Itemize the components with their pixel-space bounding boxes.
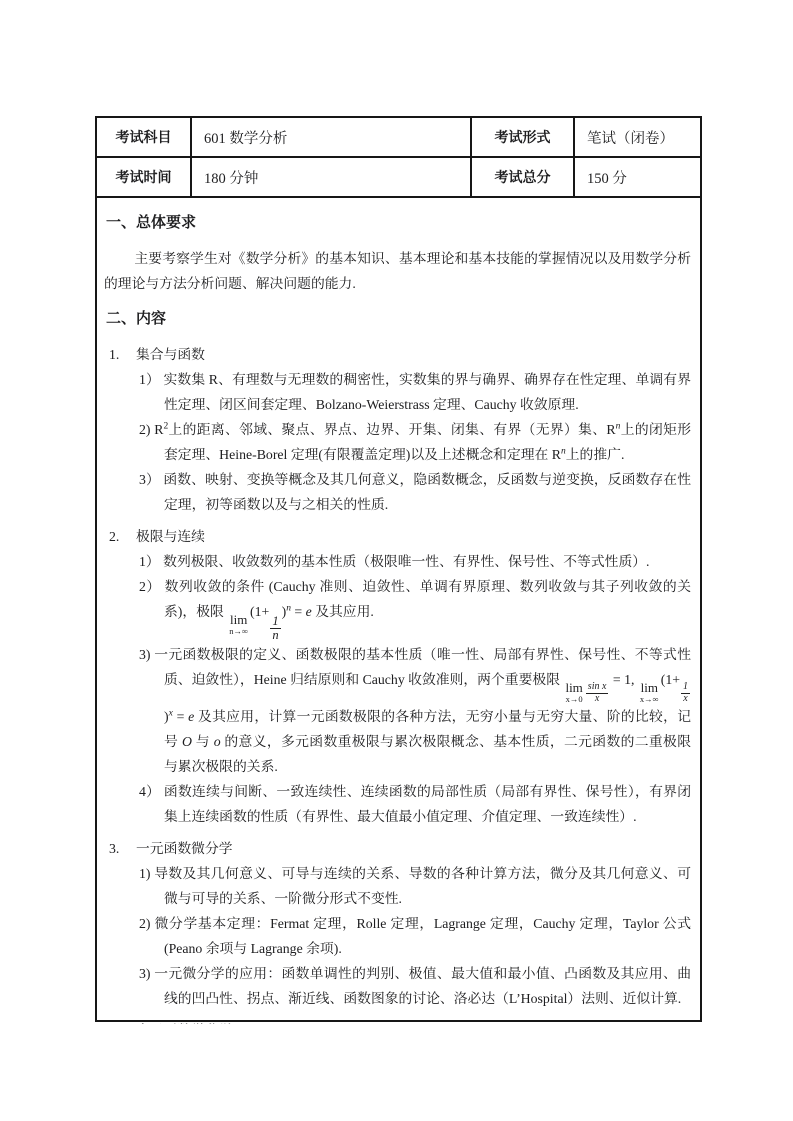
syllabus-item: 3) 一元微分学的应用：函数单调性的判别、极值、最大值和最小值、凸函数及其应用、… xyxy=(104,961,691,1011)
text-segment: 3） 函数、映射、变换等概念及其几何意义，隐函数概念，反函数与逆变换，反函数存在… xyxy=(139,472,691,512)
topic-title: 一元函数微分学 xyxy=(136,841,233,856)
text-segment: 的意义，多元函数重极限与累次极限概念、基本性质，二元函数的二重极限与累次极限的关… xyxy=(164,734,691,774)
text-segment: = 1, xyxy=(609,672,638,687)
topic-list: 1.集合与函数1） 实数集 R、有理数与无理数的稠密性，实数集的界与确界、确界存… xyxy=(104,342,691,1024)
fraction: 1x xyxy=(681,682,690,704)
topic: 2.极限与连续1） 数列极限、收敛数列的基本性质（极限唯一性、有界性、保号性、不… xyxy=(104,524,691,829)
fraction-numerator: 1 xyxy=(270,615,280,629)
lim-word: lim xyxy=(641,681,658,694)
topic: 4.多元函数微分学1） 偏导数、全微分及其几何意义，可微与偏导存在、连续之间的关… xyxy=(104,1018,691,1024)
text-segment: 1） 实数集 R、有理数与无理数的稠密性，实数集的界与确界、确界存在性定理、单调… xyxy=(139,372,691,412)
topic-title: 集合与函数 xyxy=(136,347,205,362)
text-segment: 2） 数列收敛的条件 (Cauchy 准则、迫敛性、单调有界原理、数列收敛与其子… xyxy=(139,579,691,619)
text-segment: 1） 数列极限、收敛数列的基本性质（极限唯一性、有界性、保号性、不等式性质）. xyxy=(139,554,649,569)
limit-operator: limx→∞ xyxy=(640,681,659,704)
syllabus-item: 2) R2上的距离、邻域、聚点、界点、边界、开集、闭集、有界（无界）集、Rn上的… xyxy=(104,417,691,467)
topic-number: 4. xyxy=(109,1018,136,1024)
topic-heading: 1.集合与函数 xyxy=(104,342,691,367)
syllabus-item: 3) 一元函数极限的定义、函数极限的基本性质（唯一性、局部有界性、保号性、不等式… xyxy=(104,642,691,779)
syllabus-body: 一、总体要求 主要考察学生对《数学分析》的基本知识、基本理论和基本技能的掌握情况… xyxy=(97,198,700,1024)
exam-subject-label: 考试科目 xyxy=(97,118,192,156)
topic-title: 极限与连续 xyxy=(136,529,205,544)
fraction: sin xx xyxy=(586,682,609,704)
topic-title: 多元函数微分学 xyxy=(136,1023,233,1024)
lim-subscript: x→∞ xyxy=(640,695,659,704)
fraction-denominator: x xyxy=(683,694,687,705)
exam-info-row-1: 考试科目 601 数学分析 考试形式 笔试（闭卷） xyxy=(97,118,700,158)
syllabus-item: 1) 导数及其几何意义、可导与连续的关系、导数的各种计算方法，微分及其几何意义、… xyxy=(104,861,691,911)
text-segment: 与 xyxy=(192,734,214,749)
limit-operator: limn→∞ xyxy=(229,613,248,636)
syllabus-item: 2) 微分学基本定理：Fermat 定理，Rolle 定理，Lagrange 定… xyxy=(104,911,691,961)
exam-info-row-2: 考试时间 180 分钟 考试总分 150 分 xyxy=(97,158,700,198)
text-segment: 上的距离、邻域、聚点、界点、边界、开集、闭集、有界（无界）集、R xyxy=(168,422,615,437)
exam-time-label: 考试时间 xyxy=(97,158,192,196)
topic-number: 1. xyxy=(109,342,136,367)
text-segment: = xyxy=(173,709,188,724)
topic-number: 2. xyxy=(109,524,136,549)
topic: 1.集合与函数1） 实数集 R、有理数与无理数的稠密性，实数集的界与确界、确界存… xyxy=(104,342,691,517)
fraction-denominator: x xyxy=(595,694,599,705)
lim-subscript: n→∞ xyxy=(229,627,248,636)
topic-heading: 3.一元函数微分学 xyxy=(104,836,691,861)
text-segment: (1+ xyxy=(661,672,680,687)
exam-subject-value: 601 数学分析 xyxy=(192,118,472,156)
syllabus-item: 3） 函数、映射、变换等概念及其几何意义，隐函数概念，反函数与逆变换，反函数存在… xyxy=(104,467,691,517)
overview-paragraph: 主要考察学生对《数学分析》的基本知识、基本理论和基本技能的掌握情况以及用数学分析… xyxy=(104,246,691,296)
syllabus-item: 1） 数列极限、收敛数列的基本性质（极限唯一性、有界性、保号性、不等式性质）. xyxy=(104,549,691,574)
italic-segment: o xyxy=(214,734,221,749)
italic-segment: O xyxy=(182,734,192,749)
text-segment: (1+ xyxy=(250,604,269,619)
text-segment: 3) 一元微分学的应用：函数单调性的判别、极值、最大值和最小值、凸函数及其应用、… xyxy=(139,966,691,1006)
text-segment: 及其应用. xyxy=(312,604,374,619)
topic: 3.一元函数微分学1) 导数及其几何意义、可导与连续的关系、导数的各种计算方法，… xyxy=(104,836,691,1011)
syllabus-item: 1） 实数集 R、有理数与无理数的稠密性，实数集的界与确界、确界存在性定理、单调… xyxy=(104,367,691,417)
topic-heading: 2.极限与连续 xyxy=(104,524,691,549)
section-heading-overview: 一、总体要求 xyxy=(106,212,691,234)
exam-score-label: 考试总分 xyxy=(472,158,575,196)
text-segment: 4） 函数连续与间断、一致连续性、连续函数的局部性质（局部有界性、保号性），有界… xyxy=(139,784,691,824)
exam-time-value: 180 分钟 xyxy=(192,158,472,196)
syllabus-item: 4） 函数连续与间断、一致连续性、连续函数的局部性质（局部有界性、保号性），有界… xyxy=(104,779,691,829)
exam-score-value: 150 分 xyxy=(575,158,700,196)
exam-format-value: 笔试（闭卷） xyxy=(575,118,700,156)
text-segment: = xyxy=(291,604,306,619)
fraction: 1n xyxy=(270,615,280,642)
lim-word: lim xyxy=(565,681,582,694)
text-segment: 1) 导数及其几何意义、可导与连续的关系、导数的各种计算方法，微分及其几何意义、… xyxy=(139,866,691,906)
lim-word: lim xyxy=(230,613,247,626)
text-segment: 上的推广. xyxy=(566,447,625,462)
exam-format-label: 考试形式 xyxy=(472,118,575,156)
exam-info-table: 考试科目 601 数学分析 考试形式 笔试（闭卷） 考试时间 180 分钟 考试… xyxy=(95,116,702,1022)
text-segment: 2) 微分学基本定理：Fermat 定理，Rolle 定理，Lagrange 定… xyxy=(139,916,691,956)
section-heading-content: 二、内容 xyxy=(106,308,691,330)
topic-heading: 4.多元函数微分学 xyxy=(104,1018,691,1024)
syllabus-item: 2） 数列收敛的条件 (Cauchy 准则、迫敛性、单调有界原理、数列收敛与其子… xyxy=(104,574,691,642)
fraction-denominator: n xyxy=(272,629,278,642)
text-segment: 2) R xyxy=(139,422,163,437)
lim-subscript: x→0 xyxy=(566,695,583,704)
topic-number: 3. xyxy=(109,836,136,861)
document-page: 考试科目 601 数学分析 考试形式 笔试（闭卷） 考试时间 180 分钟 考试… xyxy=(0,0,793,1121)
limit-operator: limx→0 xyxy=(565,681,582,704)
